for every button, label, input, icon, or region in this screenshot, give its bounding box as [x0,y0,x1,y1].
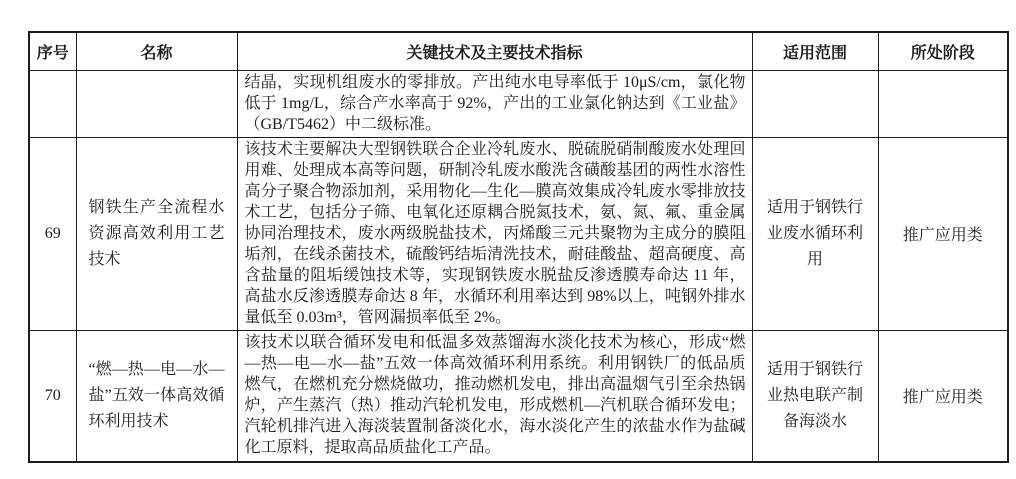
header-serial-number: 序号 [29,32,76,70]
table-row-70: 70 “燃—热—电—水—盐”五效一体高效循环利用技术 该技术以联合循环发电和低温… [29,330,1008,462]
scope-cell: 适用于钢铁行业热电联产制备海淡水 [752,330,878,462]
header-applicable-scope: 适用范围 [752,32,878,70]
stage-cell: 推广应用类 [878,330,1008,462]
scope-cell: 适用于钢铁行业废水循环利用 [752,137,878,330]
description-cell: 结晶，实现机组废水的零排放。产出纯水电导率低于 10μS/cm，氯化物低于 1m… [237,70,752,137]
table-row-continuation: 结晶，实现机组废水的零排放。产出纯水电导率低于 10μS/cm，氯化物低于 1m… [29,70,1008,137]
header-stage: 所处阶段 [878,32,1008,70]
stage-cell [878,70,1008,137]
header-key-tech-indicators: 关键技术及主要技术指标 [237,32,752,70]
technology-catalog-table: 序号 名称 关键技术及主要技术指标 适用范围 所处阶段 结晶，实现机组废水的零排… [28,31,1009,463]
description-cell: 该技术主要解决大型钢铁联合企业冷轧废水、脱硫脱硝制酸废水处理回用难、处理成本高等… [237,137,752,330]
header-name: 名称 [76,32,237,70]
header-row: 序号 名称 关键技术及主要技术指标 适用范围 所处阶段 [29,32,1008,70]
description-cell: 该技术以联合循环发电和低温多效蒸馏海水淡化技术为核心，形成“燃—热—电—水—盐”… [237,330,752,462]
serial-cell: 70 [29,330,76,462]
name-cell [76,70,237,137]
serial-cell [29,70,76,137]
name-cell: “燃—热—电—水—盐”五效一体高效循环利用技术 [76,330,237,462]
serial-cell: 69 [29,137,76,330]
stage-cell: 推广应用类 [878,137,1008,330]
scope-cell [752,70,878,137]
name-cell: 钢铁生产全流程水资源高效利用工艺技术 [76,137,237,330]
table-row-69: 69 钢铁生产全流程水资源高效利用工艺技术 该技术主要解决大型钢铁联合企业冷轧废… [29,137,1008,330]
